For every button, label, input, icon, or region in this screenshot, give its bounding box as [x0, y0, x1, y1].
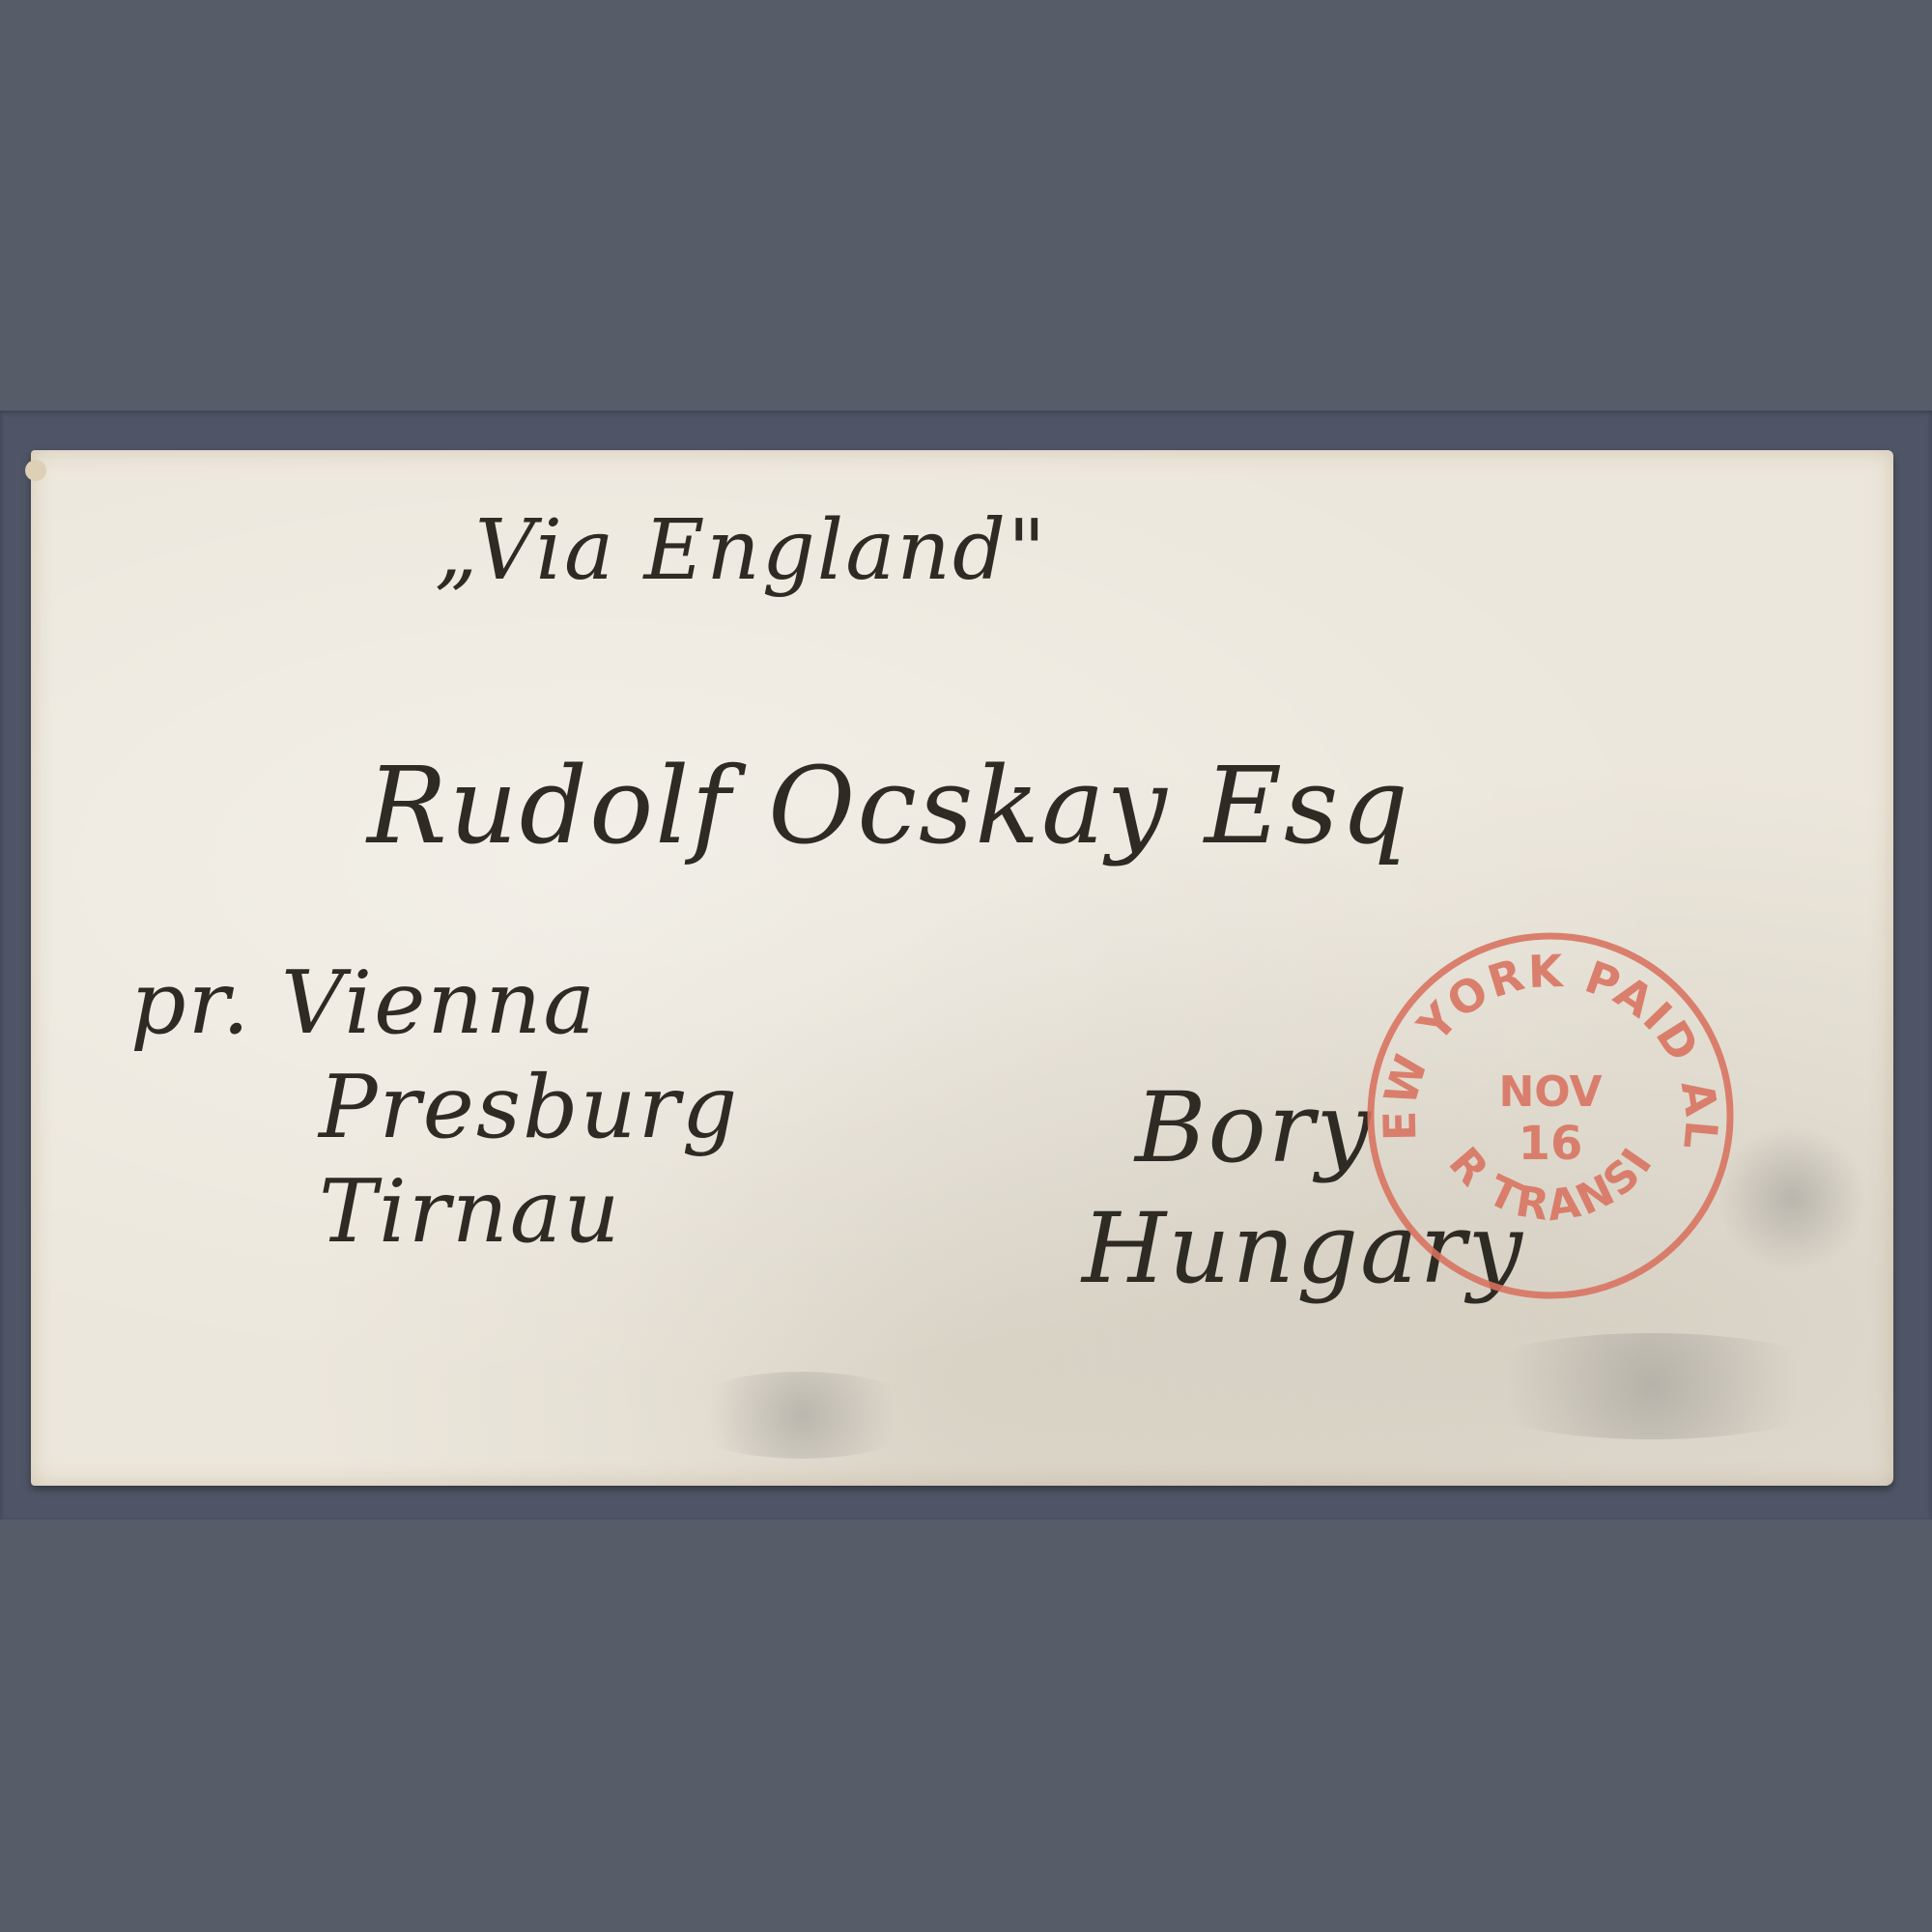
addressee-name: Rudolf Ocskay Esq	[367, 744, 1410, 867]
postmark-stamp: NEW YORK PAID ALL BR TRANSIT NOV 16	[1357, 923, 1744, 1309]
svg-text:NOV: NOV	[1498, 1067, 1602, 1117]
soil-smudge	[1449, 1333, 1855, 1439]
routing-note: „Via England"	[435, 502, 1048, 599]
route-line-2: Presburg	[130, 1056, 739, 1160]
routing-instructions: pr. Vienna Presburg Tirnau	[130, 952, 739, 1264]
route-line-1: pr. Vienna	[130, 952, 739, 1056]
envelope-corner-tear	[25, 460, 46, 481]
soil-smudge	[676, 1372, 927, 1459]
svg-text:16: 16	[1519, 1117, 1583, 1171]
postmark-circle-icon: NEW YORK PAID ALL BR TRANSIT NOV 16	[1357, 923, 1744, 1309]
route-line-3: Tirnau	[130, 1160, 739, 1264]
